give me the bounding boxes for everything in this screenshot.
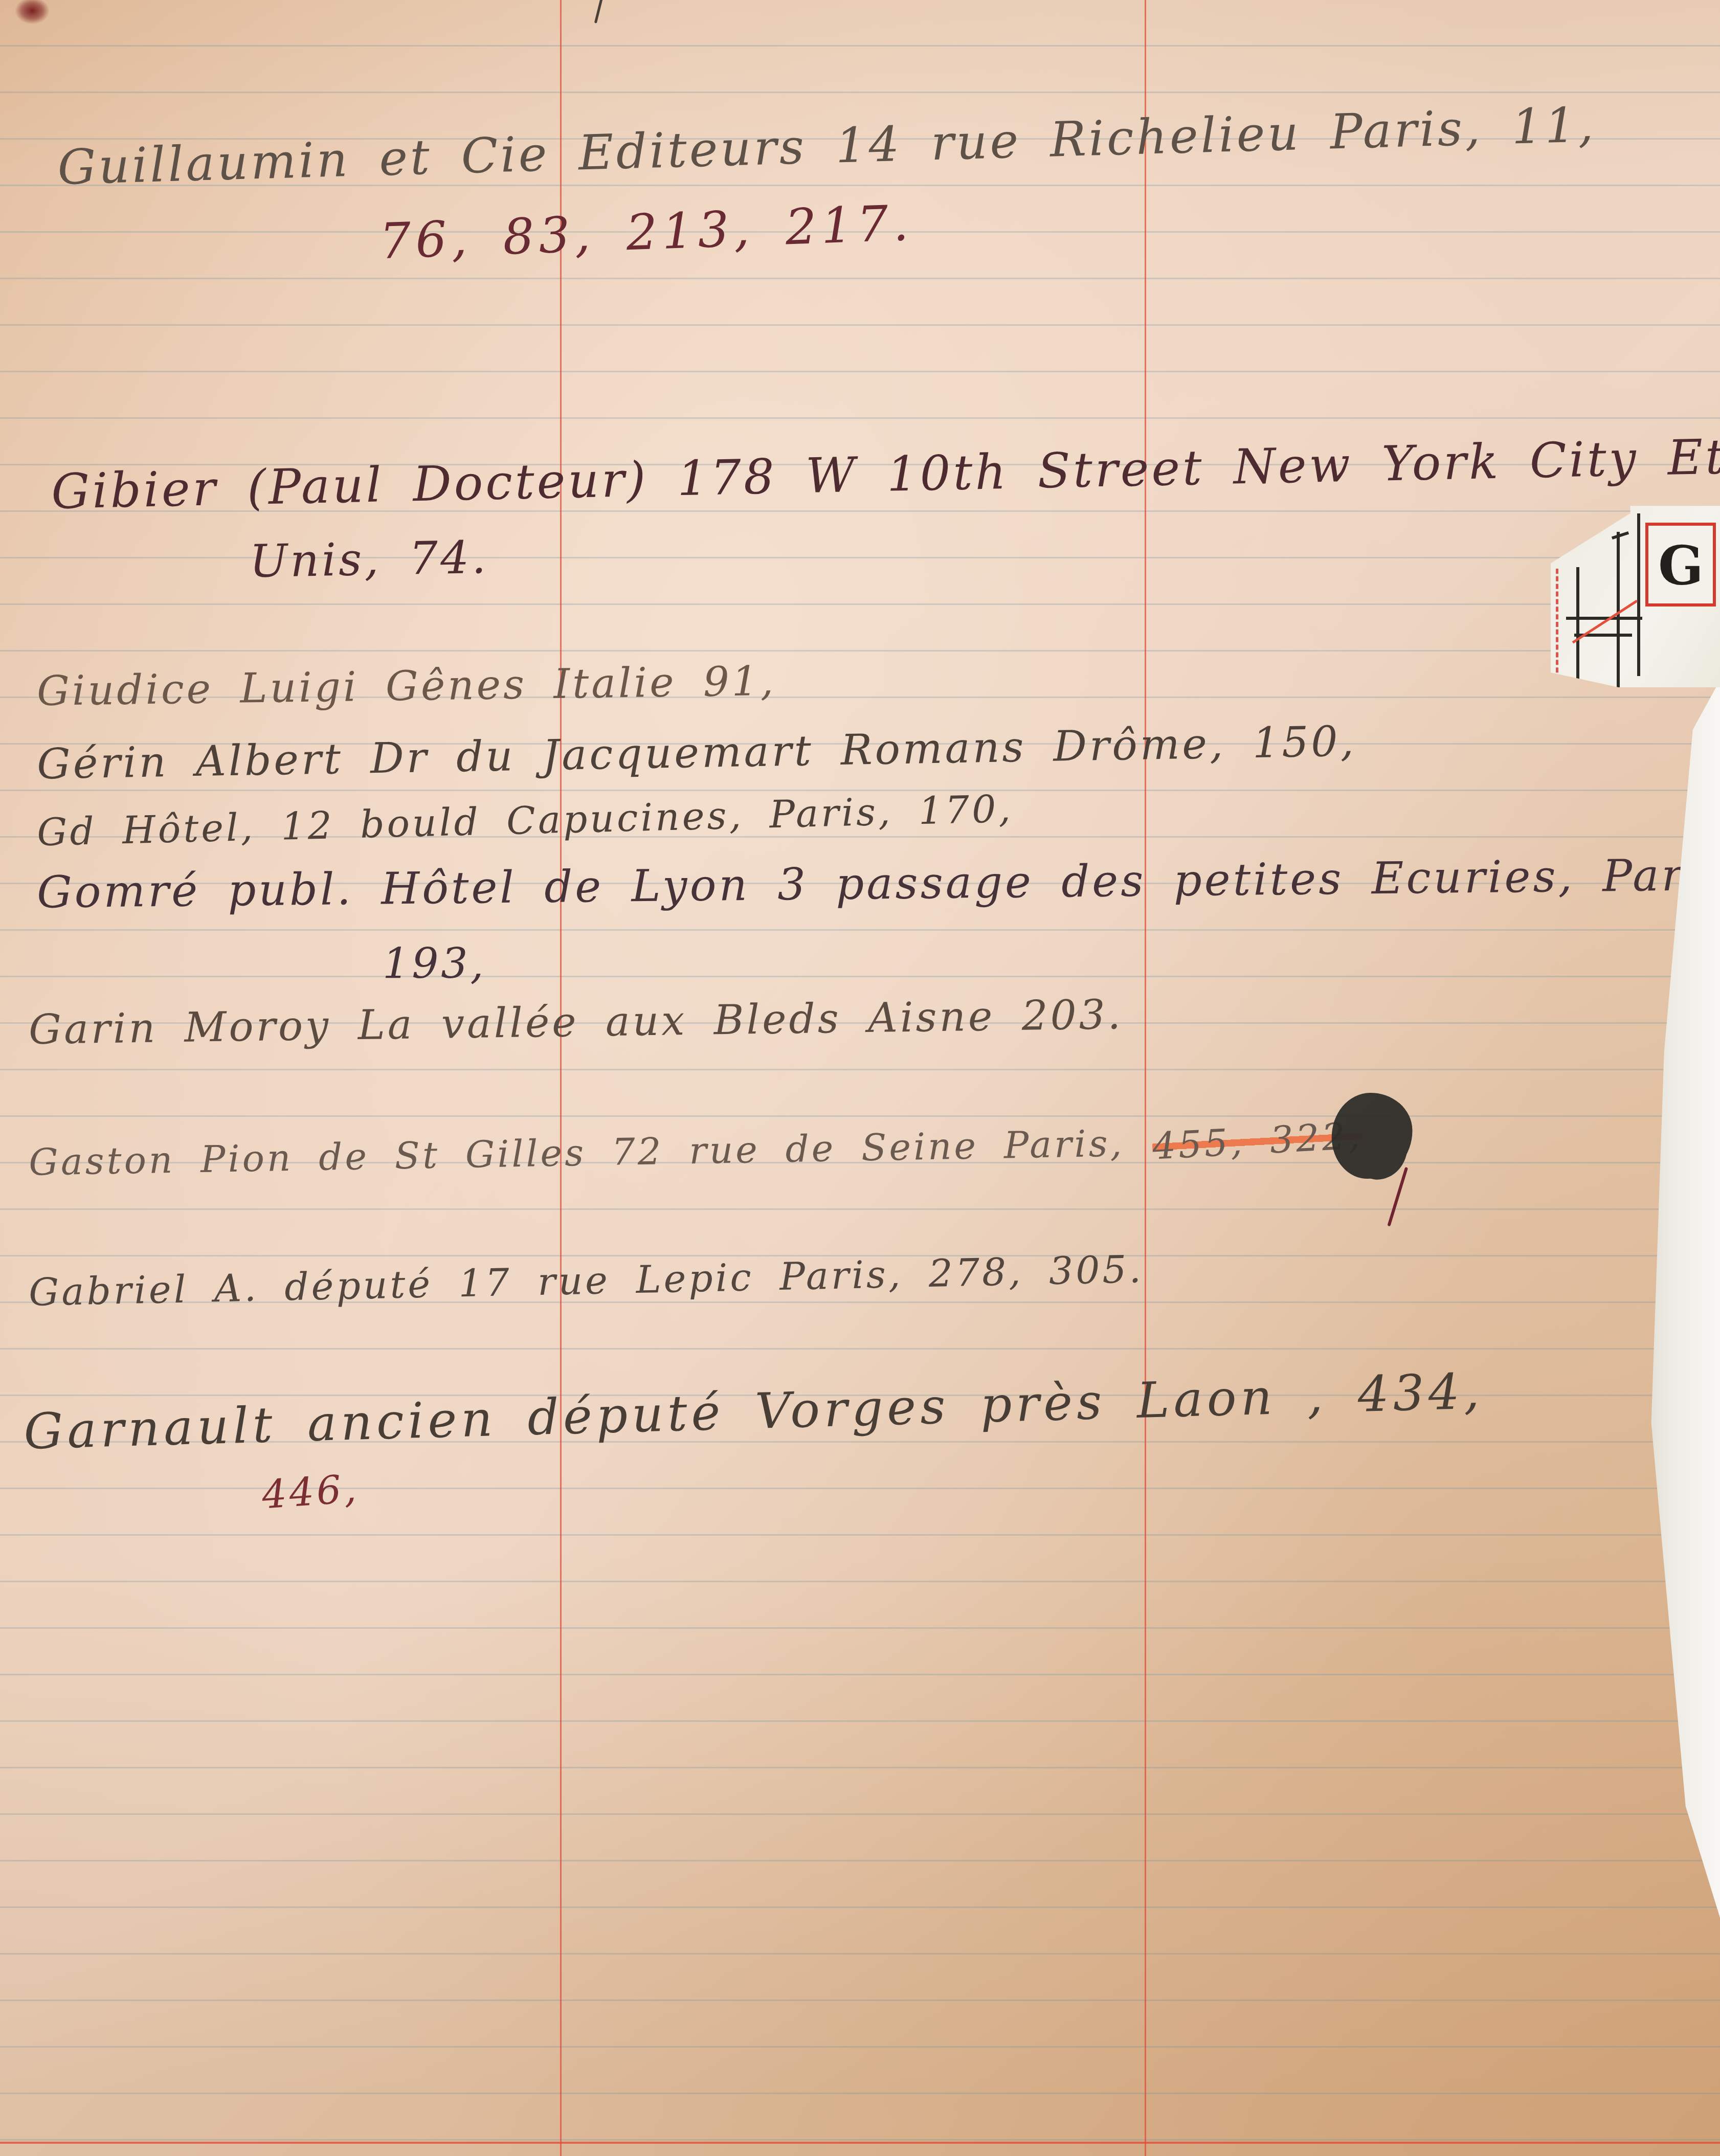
ink-blot [1331, 1092, 1413, 1180]
tab-line [1612, 531, 1629, 539]
entry-guillaumin-pages: 76, 83, 213, 217. [378, 194, 914, 270]
tab-line [1617, 532, 1620, 687]
entry-garnault-page2: 446, [260, 1466, 360, 1518]
entry-gibier-line2: Unis, 74. [249, 531, 489, 588]
tab-red-dashed-line [1556, 569, 1558, 680]
red-margin-line-right [1145, 0, 1146, 2156]
ink-smudge [9, 0, 55, 29]
entry-grand-hotel: Gd Hôtel, 12 bould Capucines, Paris, 170… [36, 787, 1013, 855]
entry-gabriel: Gabriel A. député 17 rue Lepic Paris, 27… [28, 1247, 1144, 1315]
entry-gomre-page: 193, [383, 940, 486, 989]
tab-letter-g: G [1658, 536, 1704, 593]
entry-garin: Garin Moroy La vallée aux Bleds Aisne 20… [28, 991, 1123, 1053]
entry-gaston-text: Gaston Pion de St Gilles 72 rue de Seine… [28, 1121, 1125, 1183]
red-bottom-line [0, 2142, 1720, 2144]
entry-garnault: Garnault ancien député Vorges près Laon … [23, 1362, 1484, 1461]
tab-line [1566, 617, 1642, 620]
stray-pen-stroke [594, 0, 603, 24]
entry-giudice: Giudice Luigi Gênes Italie 91, [36, 657, 776, 715]
entry-gaston: Gaston Pion de St Gilles 72 rue de Seine… [28, 1117, 1362, 1184]
notebook-page: Guillaumin et Cie Editeurs 14 rue Richel… [0, 0, 1720, 2156]
tab-line [1576, 567, 1579, 684]
red-margin-line-left [560, 0, 562, 2156]
red-tick-mark [1387, 1167, 1408, 1227]
entry-guillaumin: Guillaumin et Cie Editeurs 14 rue Richel… [57, 97, 1596, 196]
letter-tab-g: G [1551, 502, 1720, 687]
entry-gibier: Gibier (Paul Docteur) 178 W 10th Street … [51, 428, 1720, 520]
tab-line [1637, 513, 1640, 677]
entry-gomre: Gomré publ. Hôtel de Lyon 3 passage des … [37, 849, 1720, 918]
tab-red-diagonal [1572, 599, 1638, 643]
entry-gerin: Gérin Albert Dr du Jacquemart Romans Drô… [36, 717, 1356, 789]
tab-letter-box: G [1645, 523, 1716, 607]
